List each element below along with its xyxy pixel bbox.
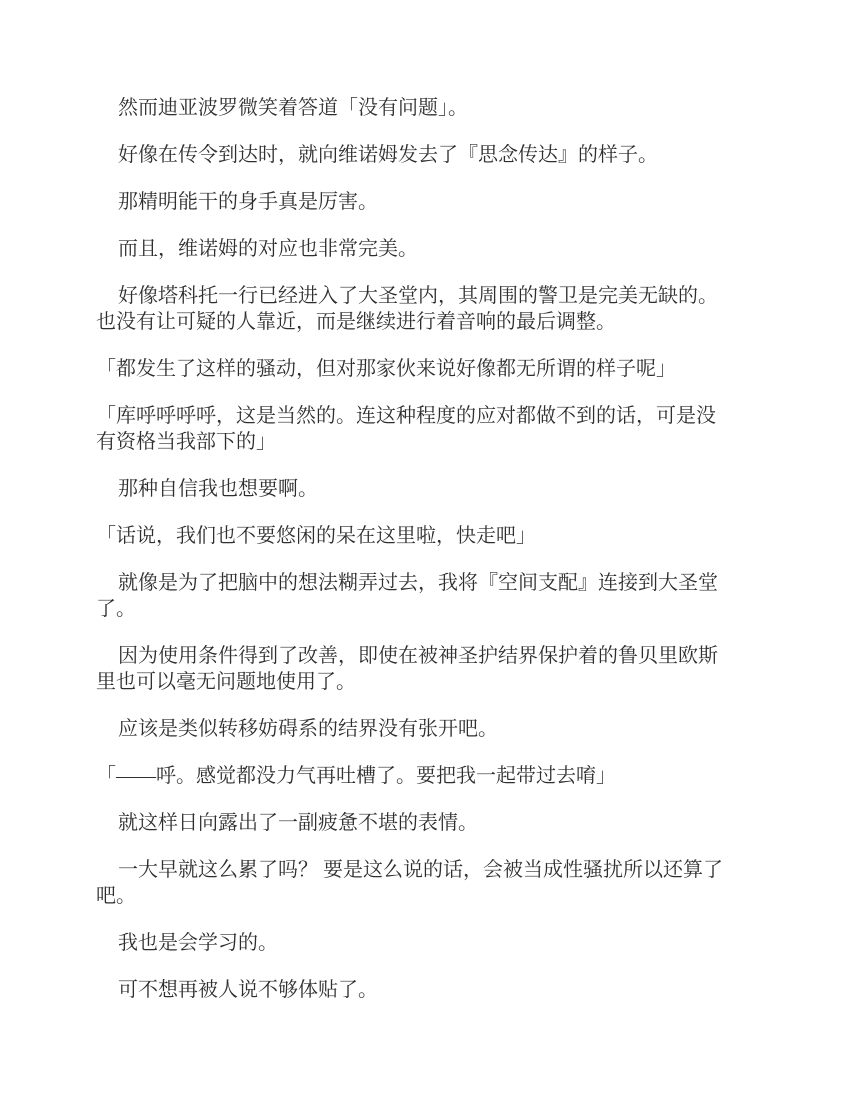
dialogue-paragraph: 「话说，我们也不要悠闲的呆在这里啦，快走吧」: [96, 523, 735, 549]
dialogue-paragraph: 「库呼呼呼呼，这是当然的。连这种程度的应对都做不到的话，可是没有资格当我部下的」: [96, 403, 735, 455]
narrative-paragraph: 可不想再被人说不够体贴了。: [96, 977, 735, 1003]
narrative-paragraph: 一大早就这么累了吗？ 要是这么说的话，会被当成性骚扰所以还算了吧。: [96, 857, 735, 909]
novel-page: 然而迪亚波罗微笑着答道「没有问题」。好像在传令到达时，就向维诺姆发去了『思念传达…: [0, 0, 850, 1100]
narrative-paragraph: 而且，维诺姆的对应也非常完美。: [96, 236, 735, 262]
narrative-paragraph: 那精明能干的身手真是厉害。: [96, 189, 735, 215]
dialogue-paragraph: 「都发生了这样的骚动，但对那家伙来说好像都无所谓的样子呢」: [96, 356, 735, 382]
reader-content: 然而迪亚波罗微笑着答道「没有问题」。好像在传令到达时，就向维诺姆发去了『思念传达…: [96, 95, 735, 1024]
narrative-paragraph: 那种自信我也想要啊。: [96, 476, 735, 502]
narrative-paragraph: 就这样日向露出了一副疲惫不堪的表情。: [96, 810, 735, 836]
narrative-paragraph: 然而迪亚波罗微笑着答道「没有问题」。: [96, 95, 735, 121]
narrative-paragraph: 我也是会学习的。: [96, 930, 735, 956]
narrative-paragraph: 因为使用条件得到了改善，即使在被神圣护结界保护着的鲁贝里欧斯里也可以毫无问题地使…: [96, 643, 735, 695]
narrative-paragraph: 好像塔科托一行已经进入了大圣堂内，其周围的警卫是完美无缺的。也没有让可疑的人靠近…: [96, 283, 735, 335]
narrative-paragraph: 就像是为了把脑中的想法糊弄过去，我将『空间支配』连接到大圣堂了。: [96, 570, 735, 622]
narrative-paragraph: 好像在传令到达时，就向维诺姆发去了『思念传达』的样子。: [96, 142, 735, 168]
narrative-paragraph: 应该是类似转移妨碍系的结界没有张开吧。: [96, 716, 735, 742]
dialogue-paragraph: 「——呼。感觉都没力气再吐槽了。要把我一起带过去唷」: [96, 763, 735, 789]
